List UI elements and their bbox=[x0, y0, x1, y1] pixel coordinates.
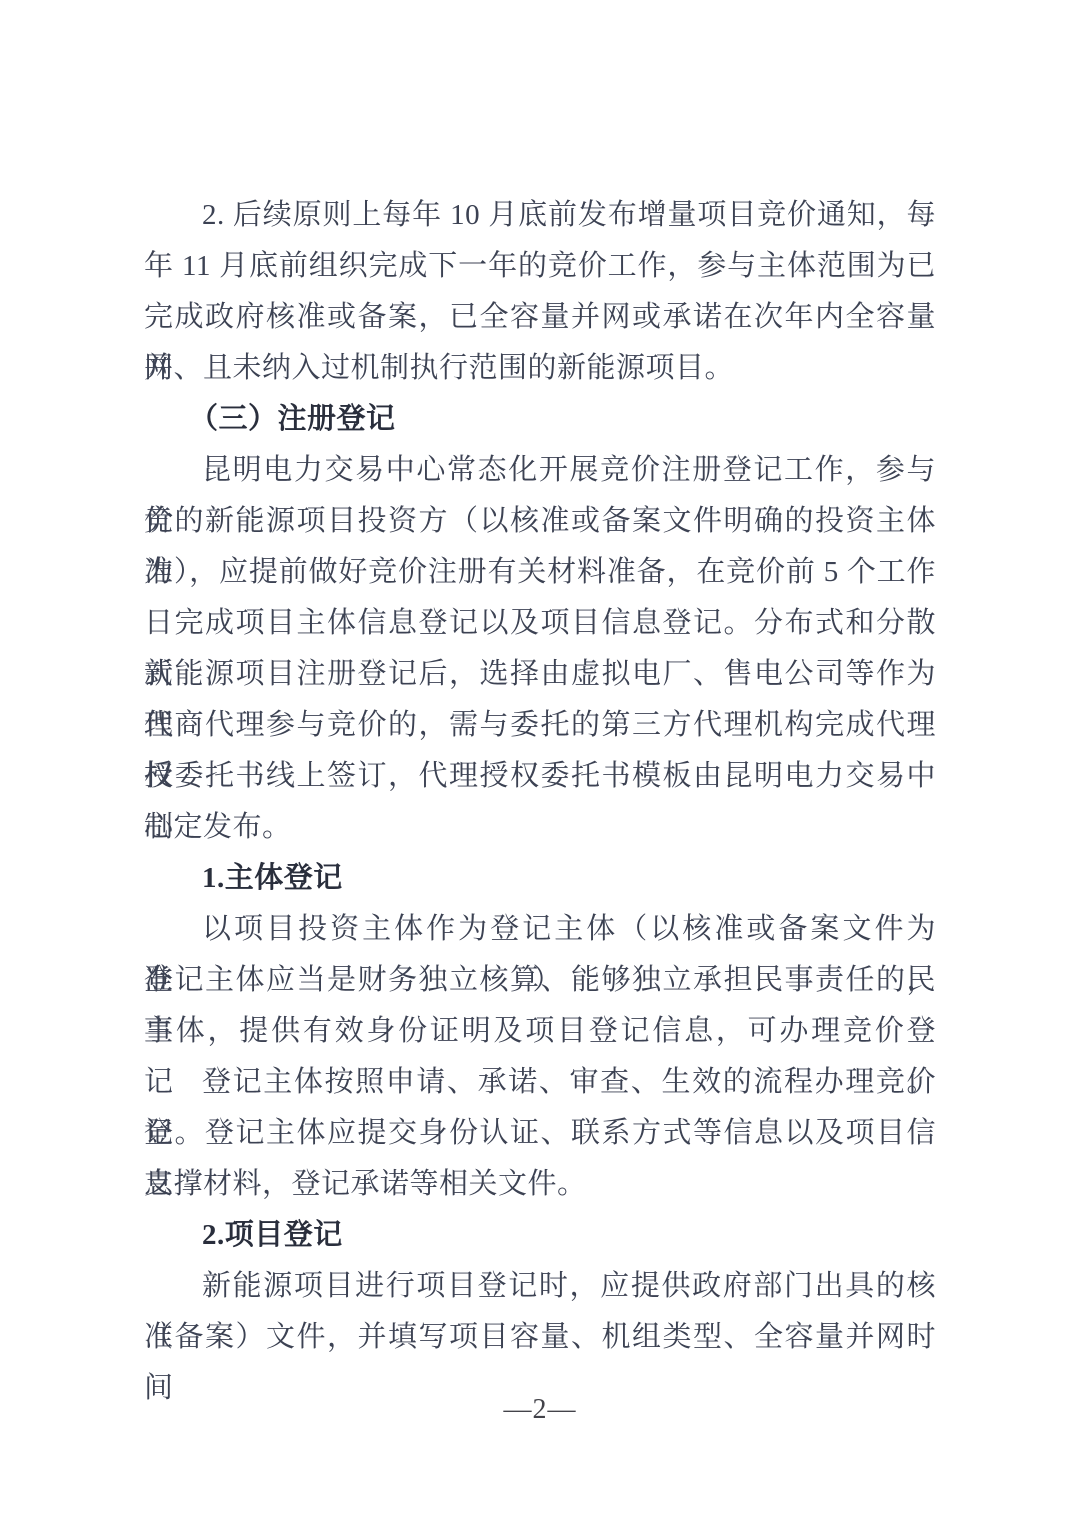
subheading-2-project-registration: 2.项目登记 bbox=[144, 1210, 936, 1261]
body-text-line: 登记主体按照申请、承诺、审查、生效的流程办理竞价登 bbox=[144, 1057, 936, 1108]
body-text-line: 网、且未纳入过机制执行范围的新能源项目。 bbox=[144, 343, 936, 394]
document-page: 2. 后续原则上每年 10 月底前发布增量项目竞价通知，每 年 11 月底前组织… bbox=[0, 0, 1080, 1527]
document-body-text: 2. 后续原则上每年 10 月底前发布增量项目竞价通知，每 年 11 月底前组织… bbox=[144, 190, 936, 1363]
body-text-line: 准），应提前做好竞价注册有关材料准备，在竞价前 5 个工作 bbox=[144, 547, 936, 598]
body-text-line: 主体，提供有效身份证明及项目登记信息，可办理竞价登记。 bbox=[144, 1006, 936, 1057]
subheading-1-subject-registration: 1.主体登记 bbox=[144, 853, 936, 904]
page-number: —2— bbox=[0, 1390, 1080, 1430]
body-text-line: 昆明电力交易中心常态化开展竞价注册登记工作，参与竞 bbox=[144, 445, 936, 496]
body-text-line: 日完成项目主体信息登记以及项目信息登记。分布式和分散式 bbox=[144, 598, 936, 649]
body-text-line: 登记主体应当是财务独立核算、能够独立承担民事责任的民事 bbox=[144, 955, 936, 1006]
body-text-line: 完成政府核准或备案，已全容量并网或承诺在次年内全容量并 bbox=[144, 292, 936, 343]
body-text-line: 2. 后续原则上每年 10 月底前发布增量项目竞价通知，每 bbox=[144, 190, 936, 241]
body-text-line: 支撑材料，登记承诺等相关文件。 bbox=[144, 1159, 936, 1210]
body-text-line: 记。登记主体应提交身份认证、联系方式等信息以及项目信息 bbox=[144, 1108, 936, 1159]
body-text-line: 权委托书线上签订，代理授权委托书模板由昆明电力交易中心 bbox=[144, 751, 936, 802]
body-text-line: 以项目投资主体作为登记主体（以核准或备案文件为准）， bbox=[144, 904, 936, 955]
body-text-line: 新能源项目进行项目登记时，应提供政府部门出具的核准 bbox=[144, 1261, 936, 1312]
body-text-line: 价的新能源项目投资方（以核准或备案文件明确的投资主体为 bbox=[144, 496, 936, 547]
body-text-line: 年 11 月底前组织完成下一年的竞价工作，参与主体范围为已 bbox=[144, 241, 936, 292]
body-text-line: 新能源项目注册登记后，选择由虚拟电厂、售电公司等作为代 bbox=[144, 649, 936, 700]
body-text-line: 制定发布。 bbox=[144, 802, 936, 853]
body-text-line: （备案）文件，并填写项目容量、机组类型、全容量并网时间 bbox=[144, 1312, 936, 1363]
body-text-line: 理商代理参与竞价的，需与委托的第三方代理机构完成代理授 bbox=[144, 700, 936, 751]
section-heading-registration: （三）注册登记 bbox=[144, 394, 936, 445]
